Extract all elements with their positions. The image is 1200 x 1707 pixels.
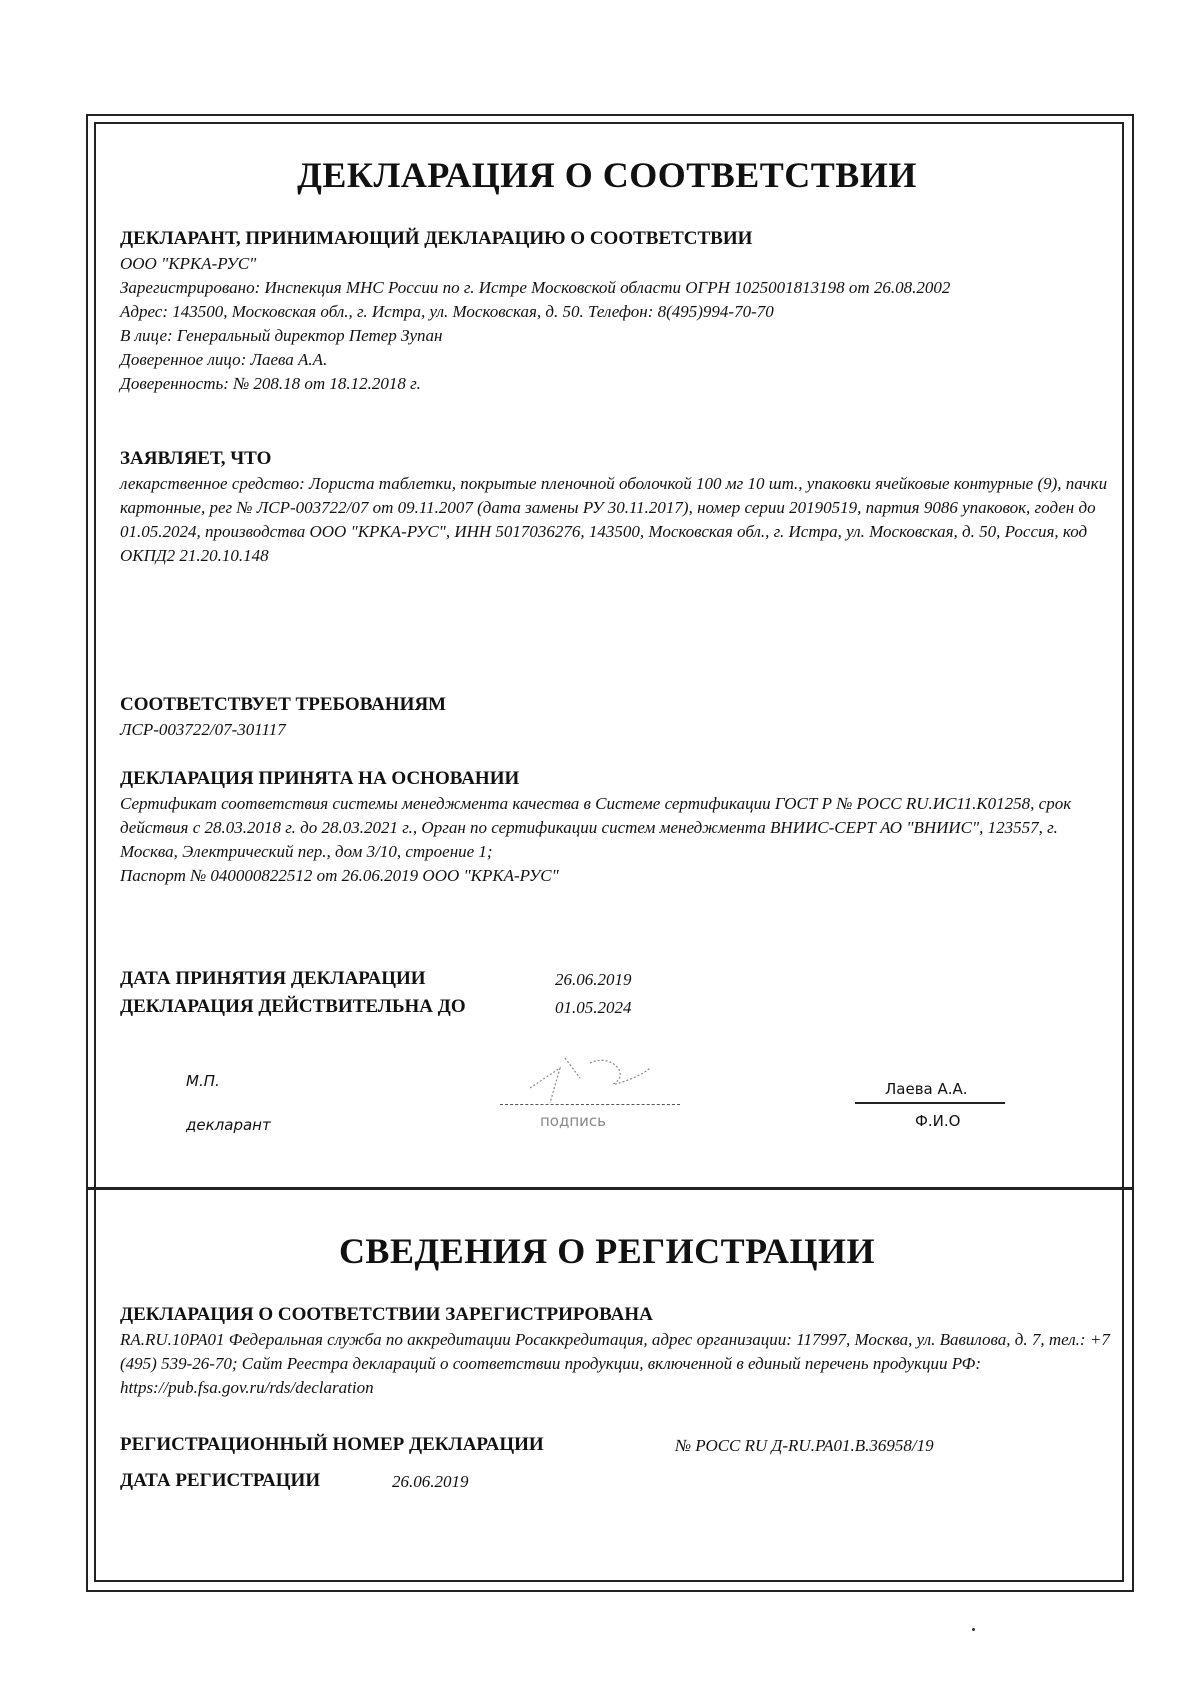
registration-title: СВЕДЕНИЯ О РЕГИСТРАЦИИ [94,1230,1120,1272]
valid-until-label: ДЕКЛАРАЦИЯ ДЕЙСТВИТЕЛЬНА ДО [120,996,466,1018]
states-text: лекарственное средство: Лориста таблетки… [120,472,1110,568]
registered-text: RA.RU.10PA01 Федеральная служба по аккре… [120,1328,1110,1400]
declarant-section: ДЕКЛАРАНТ, ПРИНИМАЮЩИЙ ДЕКЛАРАЦИЮ О СООТ… [120,226,1110,396]
basis-heading: ДЕКЛАРАЦИЯ ПРИНЯТА НА ОСНОВАНИИ [120,766,1110,792]
states-heading: ЗАЯВЛЯЕТ, ЧТО [120,446,1110,472]
complies-heading: СООТВЕТСТВУЕТ ТРЕБОВАНИЯМ [120,692,1110,718]
valid-until-value: 01.05.2024 [555,998,632,1018]
declarant-company: ООО "КРКА-РУС" [120,252,1110,276]
basis-text: Сертификат соответствия системы менеджме… [120,792,1110,864]
declarant-heading: ДЕКЛАРАНТ, ПРИНИМАЮЩИЙ ДЕКЛАРАЦИЮ О СООТ… [120,226,1110,252]
declaration-title: ДЕКЛАРАЦИЯ О СООТВЕТСТВИИ [94,154,1120,196]
signer-name: Лаева А.А. [885,1080,968,1098]
date-accepted-value: 26.06.2019 [555,970,632,990]
complies-section: СООТВЕТСТВУЕТ ТРЕБОВАНИЯМ ЛСР-003722/07-… [120,692,1110,742]
basis-section: ДЕКЛАРАЦИЯ ПРИНЯТА НА ОСНОВАНИИ Сертифик… [120,766,1110,888]
fio-label: Ф.И.О [915,1112,960,1130]
date-accepted-label: ДАТА ПРИНЯТИЯ ДЕКЛАРАЦИИ [120,968,426,990]
signature-scribble [520,1048,670,1108]
reg-number-label: РЕГИСТРАЦИОННЫЙ НОМЕР ДЕКЛАРАЦИИ [120,1434,544,1456]
signature-label: подпись [540,1112,606,1130]
fio-line [855,1102,1005,1104]
declarant-power-of-attorney: Доверенность: № 208.18 от 18.12.2018 г. [120,372,1110,396]
reg-date-value: 26.06.2019 [392,1472,469,1492]
reg-number-value: № РОСС RU Д-RU.PA01.B.36958/19 [675,1436,934,1456]
declarant-trusted-person: Доверенное лицо: Лаева А.А. [120,348,1110,372]
states-section: ЗАЯВЛЯЕТ, ЧТО лекарственное средство: Ло… [120,446,1110,568]
registered-section: ДЕКЛАРАЦИЯ О СООТВЕТСТВИИ ЗАРЕГИСТРИРОВА… [120,1302,1110,1400]
scan-speck [972,1628,975,1631]
complies-text: ЛСР-003722/07-301117 [120,718,1110,742]
stamp-label: М.П. [186,1072,220,1090]
signature-line [500,1104,680,1105]
declarant-represented-by: В лице: Генеральный директор Петер Зупан [120,324,1110,348]
declarant-registration: Зарегистрировано: Инспекция МНС России п… [120,276,1110,300]
passport-text: Паспорт № 040000822512 от 26.06.2019 ООО… [120,864,1110,888]
declarant-address: Адрес: 143500, Московская обл., г. Истра… [120,300,1110,324]
reg-date-label: ДАТА РЕГИСТРАЦИИ [120,1470,320,1492]
declarant-role-label: декларант [186,1116,271,1134]
registered-heading: ДЕКЛАРАЦИЯ О СООТВЕТСТВИИ ЗАРЕГИСТРИРОВА… [120,1302,1110,1328]
section-divider [86,1187,1132,1190]
